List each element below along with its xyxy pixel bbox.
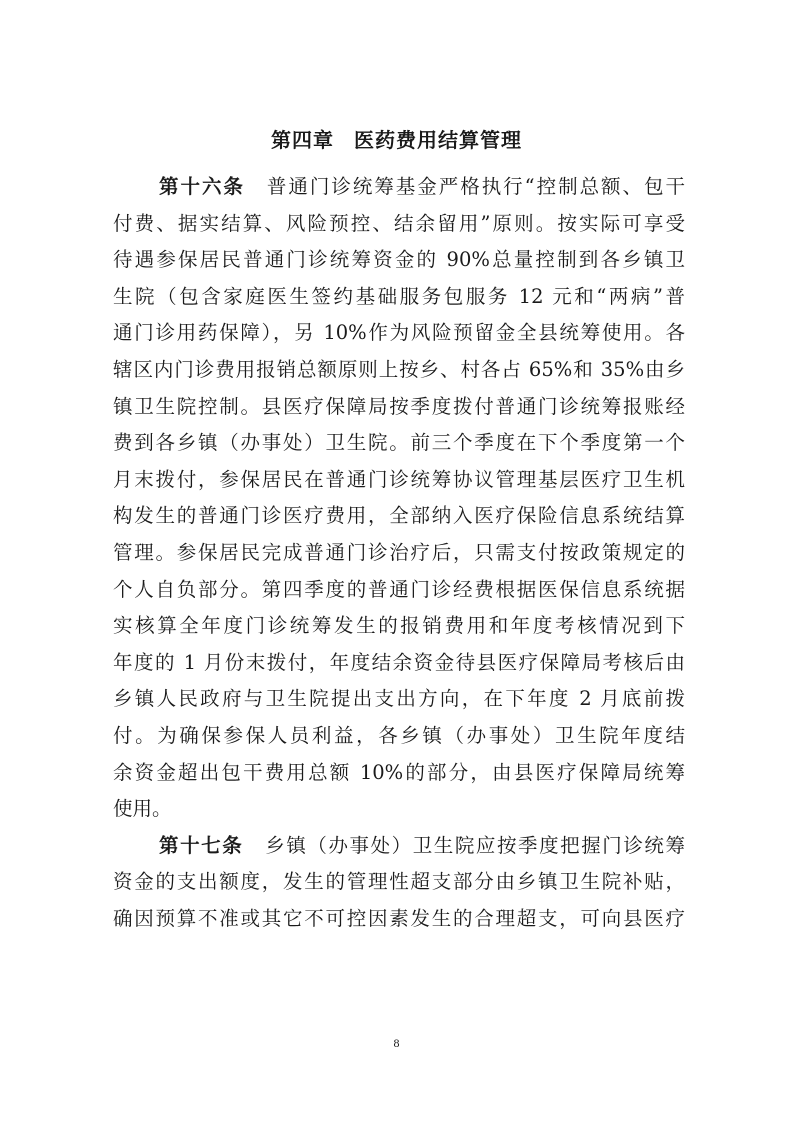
article-16-line: 使用。	[113, 791, 685, 828]
chapter-title: 第四章医药费用结算管理	[0, 124, 793, 153]
article-16-line: 通门诊用药保障），另 10%作为风险预留金全县统筹使用。各	[113, 315, 685, 352]
article-17-line: 确因预算不准或其它不可控因素发生的合理超支，可向县医疗	[113, 901, 685, 938]
article-16-line: 付。为确保参保人员利益，各乡镇（办事处）卫生院年度结	[113, 718, 685, 755]
chapter-name: 医药费用结算管理	[354, 128, 522, 152]
chapter-number: 第四章	[271, 128, 334, 152]
article-16-line: 构发生的普通门诊医疗费用，全部纳入医疗保险信息系统结算	[113, 498, 685, 535]
article-16-line: 年度的 1 月份末拨付，年度结余资金待县医疗保障局考核后由	[113, 645, 685, 682]
article-label: 第十七条	[159, 834, 243, 857]
article-16-line: 余资金超出包干费用总额 10%的部分，由县医疗保障局统筹	[113, 755, 685, 792]
page-number: 8	[0, 1036, 793, 1051]
body-text: 第十六条普通门诊统筹基金严格执行“控制总额、包干 付费、据实结算、风险预控、结余…	[113, 169, 685, 937]
article-16-line: 乡镇人民政府与卫生院提出支出方向，在下年度 2 月底前拨	[113, 681, 685, 718]
article-17-line: 第十七条乡镇（办事处）卫生院应按季度把握门诊统筹	[113, 828, 685, 865]
article-16-line: 第十六条普通门诊统筹基金严格执行“控制总额、包干	[113, 169, 685, 206]
article-16-line: 费到各乡镇（办事处）卫生院。前三个季度在下个季度第一个	[113, 425, 685, 462]
article-16-line: 待遇参保居民普通门诊统筹资金的 90%总量控制到各乡镇卫	[113, 242, 685, 279]
document-page: 第四章医药费用结算管理 第十六条普通门诊统筹基金严格执行“控制总额、包干 付费、…	[0, 0, 793, 1122]
article-17-line: 资金的支出额度，发生的管理性超支部分由乡镇卫生院补贴，	[113, 864, 685, 901]
article-16-line: 辖区内门诊费用报销总额原则上按乡、村各占 65%和 35%由乡	[113, 352, 685, 389]
article-label: 第十六条	[159, 175, 245, 198]
article-16-line: 生院（包含家庭医生签约基础服务包服务 12 元和“两病”普	[113, 279, 685, 316]
article-16-line: 月末拨付，参保居民在普通门诊统筹协议管理基层医疗卫生机	[113, 462, 685, 499]
article-16-line: 镇卫生院控制。县医疗保障局按季度拨付普通门诊统筹报账经	[113, 389, 685, 426]
article-16-line: 管理。参保居民完成普通门诊治疗后，只需支付按政策规定的	[113, 535, 685, 572]
article-16-line: 个人自负部分。第四季度的普通门诊经费根据医保信息系统据	[113, 572, 685, 609]
article-16-line: 付费、据实结算、风险预控、结余留用”原则。按实际可享受	[113, 206, 685, 243]
article-16-line: 实核算全年度门诊统筹发生的报销费用和年度考核情况到下	[113, 608, 685, 645]
